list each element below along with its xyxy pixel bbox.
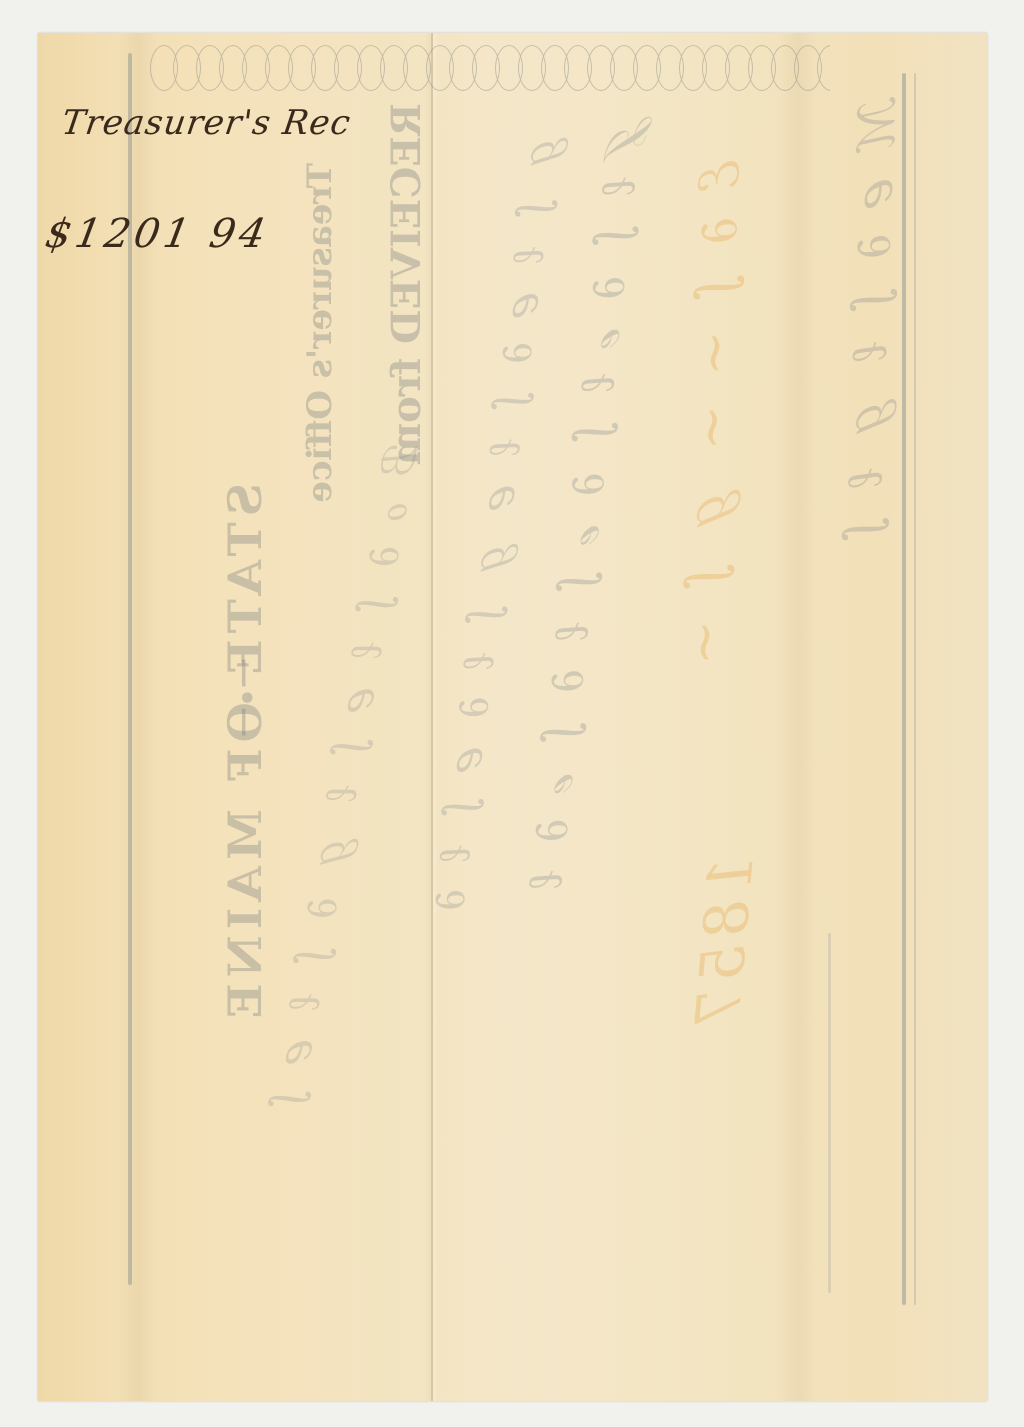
bleed-state-of-maine: STATE OF MAINE <box>218 483 272 1024</box>
center-fold <box>431 33 433 1401</box>
bleed-script-orange: ℰ ∂ ∫ ∽ ∽ ℊ ∫ ∽ <box>660 153 755 672</box>
right-inner-rule <box>828 933 831 1293</box>
handwritten-amount: $1201 94 <box>42 211 273 257</box>
paper-crease <box>778 33 818 1401</box>
handwritten-title: Treasurer's Rec <box>59 103 353 143</box>
bleed-year: 1857 <box>683 853 768 1035</box>
bleed-treasurers-office: Treasurer's Office <box>300 163 340 503</box>
bleed-script-gray: ℳ ℯ ∂ ∫ ℓ ℊ ℓ ∫ <box>822 93 910 549</box>
scallop-ornament <box>817 45 830 91</box>
scalloped-border-bleed <box>150 45 830 95</box>
bleed-ornament: —•— <box>228 658 263 737</box>
bleed-script-gray: ℬ ℴ ∂ ∫ ℓ ℯ ∫ ℓ ℊ ∂ ∫ ℓ ℯ ∫ <box>249 433 431 1121</box>
bleed-received-from: RECEIVED from <box>383 103 430 465</box>
right-border-rule-inner <box>914 73 916 1305</box>
document-sheet: RECEIVED from Treasurer's Office STATE O… <box>38 33 987 1401</box>
